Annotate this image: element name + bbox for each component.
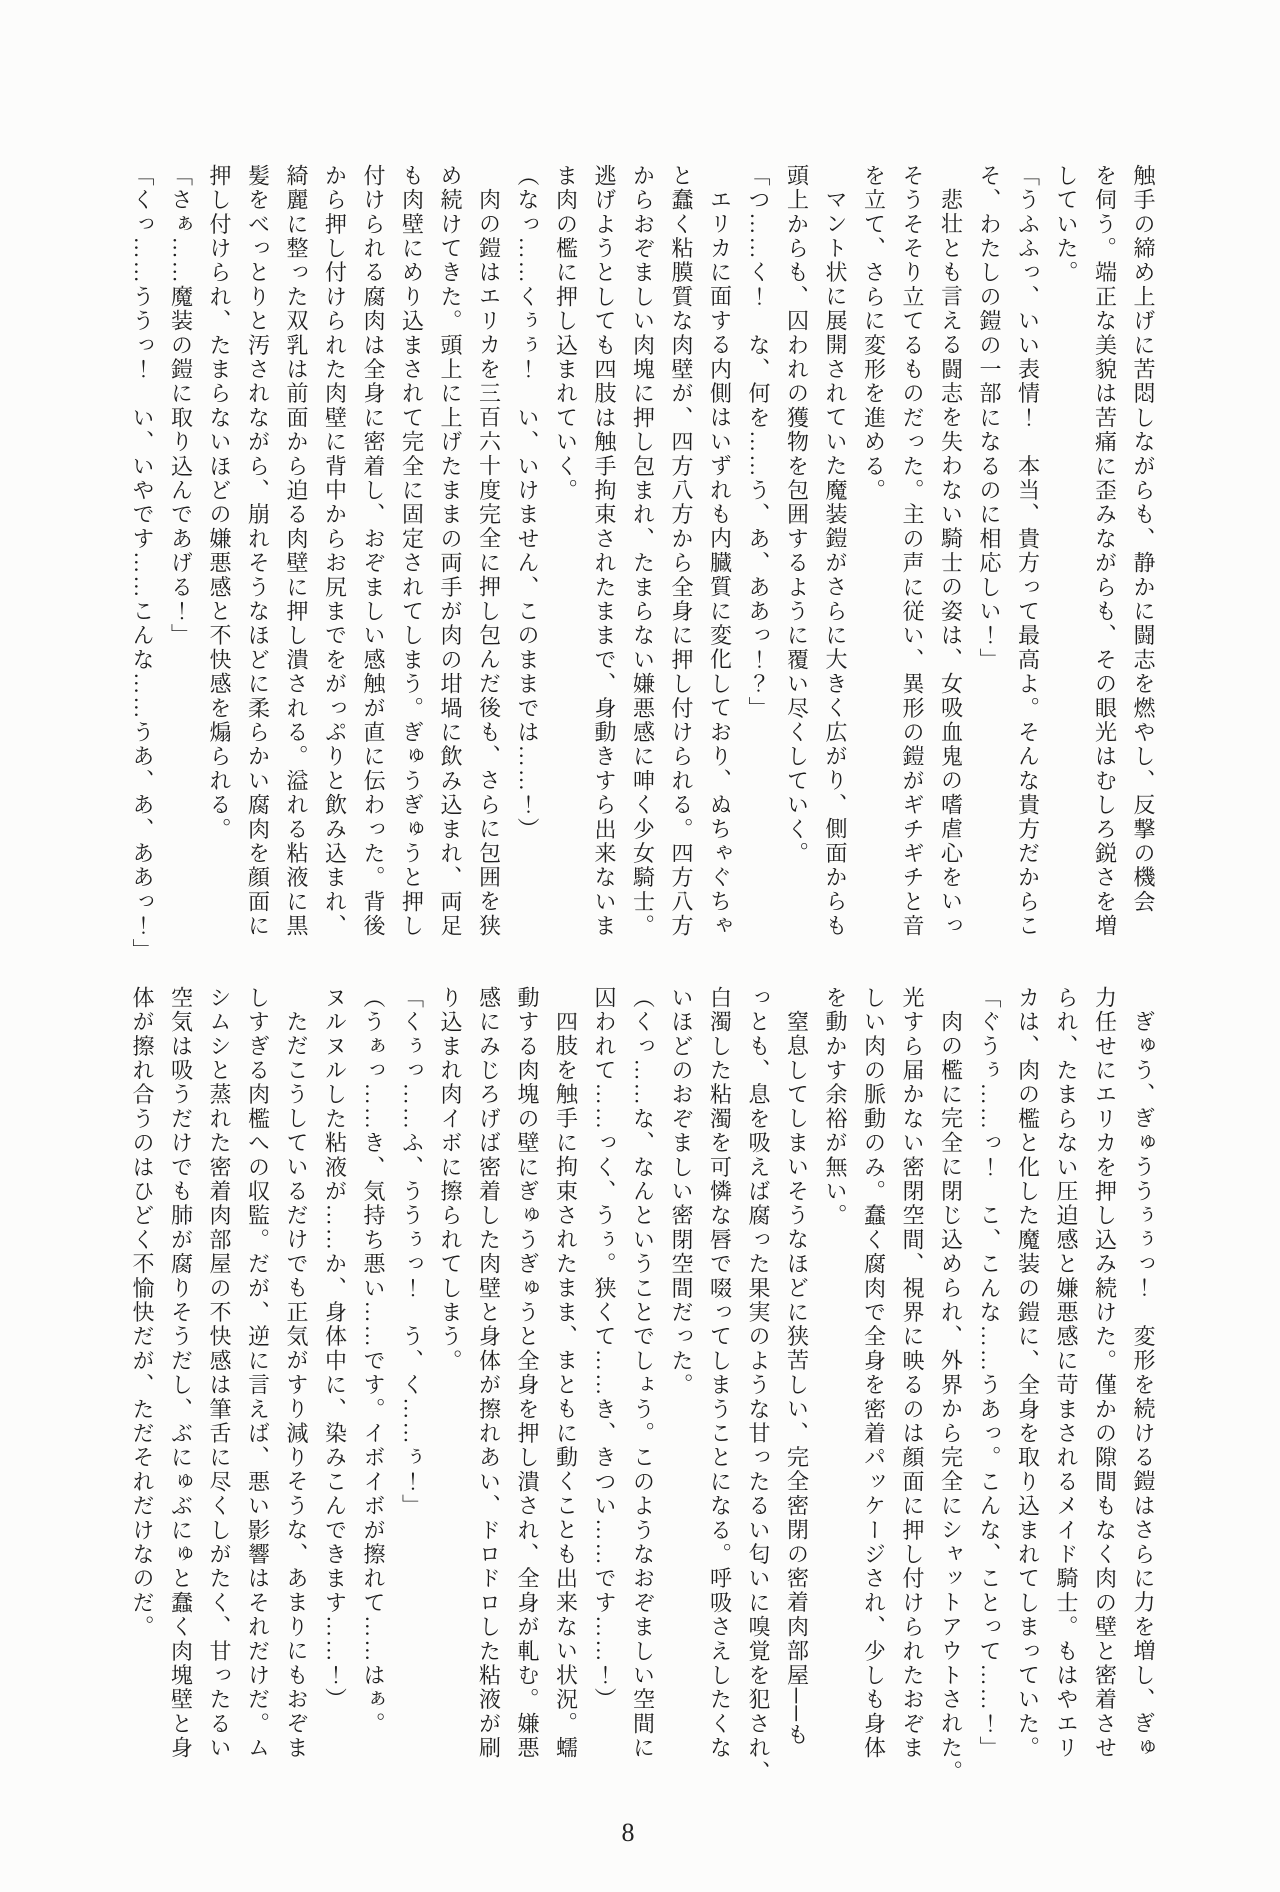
text-column: 囚われて……っく、うぅ。狭くて……き、きつい……です……！） (585, 986, 624, 1790)
text-column: エリカに面する内側はいずれも内臓質に変化しており、ぬちゃぐちゃ (700, 164, 739, 968)
text-column: られ、たまらない圧迫感と嫌悪感に苛まされるメイド騎士。もはやエリ (1047, 986, 1086, 1790)
text-column: （なっ……くぅぅ！ い、いけません、このままでは……！） (508, 164, 547, 968)
text-column: ま肉の檻に押し込まれていく。 (546, 164, 585, 968)
text-column: っとも、息を吸えば腐った果実のような甘ったるい匂いに嗅覚を犯され、 (739, 986, 778, 1790)
text-column: を立て、さらに変形を進める。 (854, 164, 893, 968)
text-column: 体が擦れ合うのはひどく不愉快だが、ただそれだけなのだ。 (123, 986, 162, 1790)
text-column: 白濁した粘濁を可憐な唇で啜ってしまうことになる。呼吸さえしたくな (700, 986, 739, 1790)
text-column: 触手の締め上げに苦悶しながらも、静かに闘志を燃やし、反撃の機会 (1124, 164, 1163, 968)
text-column: ただこうしているだけでも正気がすり減りそうな、あまりにもおぞま (277, 986, 316, 1790)
text-column: カは、肉の檻と化した魔装の鎧に、全身を取り込まれてしまっていた。 (1008, 986, 1047, 1790)
text-column: 悲壮とも言える闘志を失わない騎士の姿は、女吸血鬼の嗜虐心をいっ (931, 164, 970, 968)
text-column: 頭上からも、囚われの獲物を包囲するように覆い尽くしていく。 (777, 164, 816, 968)
text-column: しすぎる肉檻への収監。だが、逆に言えば、悪い影響はそれだけだ。ム (238, 986, 277, 1790)
text-block-bottom: ぎゅう、ぎゅううぅぅっ！ 変形を続ける鎧はさらに力を増し、ぎゅ力任せにエリカを押… (123, 986, 1163, 1790)
book-page: 触手の締め上げに苦悶しながらも、静かに闘志を燃やし、反撃の機会を伺う。端正な美貌… (0, 0, 1280, 1892)
text-column: 逃げようとしても四肢は触手拘束されたままで、身動きすら出来ないま (585, 164, 624, 968)
text-column: め続けてきた。頭上に上げたままの両手が肉の坩堝に飲み込まれ、両足 (431, 164, 470, 968)
text-column: 窒息してしまいそうなほどに狭苦しい、完全密閉の密着肉部屋──も (777, 986, 816, 1790)
page-number: 8 (0, 1818, 1256, 1848)
text-column: からおぞましい肉塊に押し包まれ、たまらない嫌悪感に呻く少女騎士。 (623, 164, 662, 968)
text-column: 肉の檻に完全に閉じ込められ、外界から完全にシャットアウトされた。 (931, 986, 970, 1790)
text-column: マント状に展開されていた魔装鎧がさらに大きく広がり、側面からも (816, 164, 855, 968)
text-column: 「さぁ……魔装の鎧に取り込んであげる！」 (161, 164, 200, 968)
text-column: 力任せにエリカを押し込み続けた。僅かの隙間もなく肉の壁と密着させ (1085, 986, 1124, 1790)
text-column: 押し付けられ、たまらないほどの嫌悪感と不快感を煽られる。 (200, 164, 239, 968)
text-column: いほどのおぞましい密閉空間だった。 (662, 986, 701, 1790)
text-block-top: 触手の締め上げに苦悶しながらも、静かに闘志を燃やし、反撃の機会を伺う。端正な美貌… (123, 164, 1163, 968)
text-column: そ、わたしの鎧の一部になるのに相応しい！」 (970, 164, 1009, 968)
text-column: 肉の鎧はエリカを三百六十度完全に押し包んだ後も、さらに包囲を狭 (469, 164, 508, 968)
text-column: ぎゅう、ぎゅううぅぅっ！ 変形を続ける鎧はさらに力を増し、ぎゅ (1124, 986, 1163, 1790)
text-column: り込まれ肉イボに擦られてしまう。 (431, 986, 470, 1790)
text-column: しい肉の脈動のみ。蠢く腐肉で全身を密着パッケージされ、少しも身体 (854, 986, 893, 1790)
text-column: （うぁっ……き、気持ち悪い……です。イボイボが擦れて……はぁ。 (354, 986, 393, 1790)
text-column: 光すら届かない密閉空間、視界に映るのは顔面に押し付けられたおぞま (893, 986, 932, 1790)
text-column: 付けられる腐肉は全身に密着し、おぞましい感触が直に伝わった。背後 (354, 164, 393, 968)
text-column: 空気は吸うだけでも肺が腐りそうだし、ぶにゅぶにゅと蠢く肉塊壁と身 (161, 986, 200, 1790)
text-column: そうそそり立てるものだった。主の声に従い、異形の鎧がギチギチと音 (893, 164, 932, 968)
text-column: 「ぐうぅ……っ！ こ、こんな……うあっ。こんな、ことって……！」 (970, 986, 1009, 1790)
text-column: していた。 (1047, 164, 1086, 968)
text-column: と蠢く粘膜質な肉壁が、四方八方から全身に押し付けられる。四方八方 (662, 164, 701, 968)
text-column: 動する肉塊の壁にぎゅうぎゅうと全身を押し潰され、全身が軋む。嫌悪 (508, 986, 547, 1790)
text-column: ヌルヌルした粘液が……か、身体中に、染みこんできます……！） (315, 986, 354, 1790)
text-column: 「くぅっ……ふ、ううぅっ！ う、く……ぅ！」 (392, 986, 431, 1790)
text-column: 「うふふっ、いい表情！ 本当、貴方って最高よ。そんな貴方だからこ (1008, 164, 1047, 968)
text-column: シムシと蒸れた密着肉部屋の不快感は筆舌に尽くしがたく、甘ったるい (200, 986, 239, 1790)
text-column: 「つ……く！ な、何を……う、あ、ああっ！？」 (739, 164, 778, 968)
text-column: 綺麗に整った双乳は前面から迫る肉壁に押し潰される。溢れる粘液に黒 (277, 164, 316, 968)
text-column: を伺う。端正な美貌は苦痛に歪みながらも、その眼光はむしろ鋭さを増 (1085, 164, 1124, 968)
text-column: 感にみじろげば密着した肉壁と身体が擦れあい、ドロドロした粘液が刷 (469, 986, 508, 1790)
text-column: を動かす余裕が無い。 (816, 986, 855, 1790)
text-column: から押し付けられた肉壁に背中からお尻までをがっぷりと飲み込まれ、 (315, 164, 354, 968)
text-column: （くっ……な、なんということでしょう。このようなおぞましい空間に (623, 986, 662, 1790)
text-column: 四肢を触手に拘束されたまま、まともに動くことも出来ない状況。蠕 (546, 986, 585, 1790)
text-column: 「くっ……ううっ！ い、いやです……こんな……うあ、あ、ああっ！」 (123, 164, 162, 968)
text-column: も肉壁にめり込まされて完全に固定されてしまう。ぎゅうぎゅうと押し (392, 164, 431, 968)
text-column: 髪をべっとりと汚されながら、崩れそうなほどに柔らかい腐肉を顔面に (238, 164, 277, 968)
